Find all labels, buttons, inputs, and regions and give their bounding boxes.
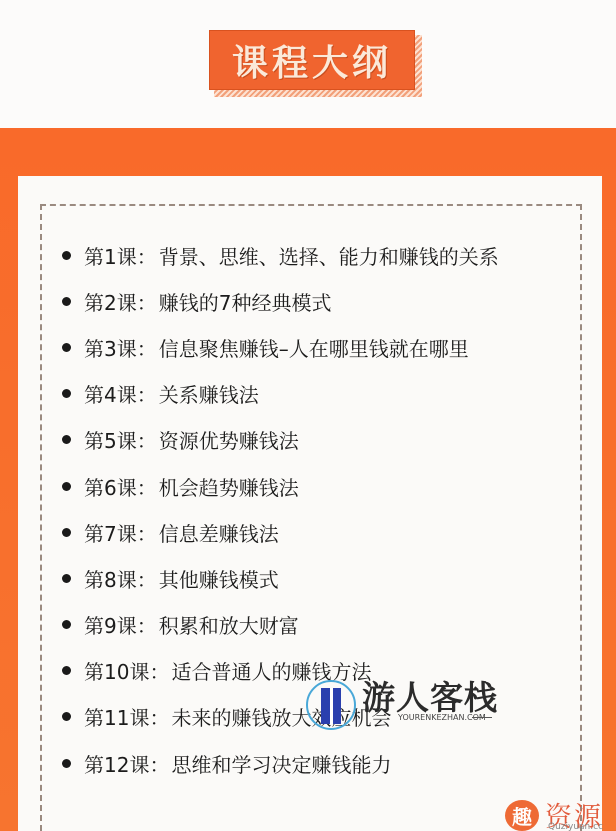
lesson-number: 第9课：: [84, 610, 157, 639]
lesson-title: 积累和放大财富: [159, 610, 299, 639]
lesson-title: 信息聚焦赚钱–人在哪里钱就在哪里: [159, 333, 469, 362]
lesson-title: 思维和学习决定赚钱能力: [171, 749, 391, 778]
list-item: 第7课：信息差赚钱法: [58, 509, 499, 555]
lesson-number: 第1课：: [84, 241, 157, 270]
bullet-icon: [62, 251, 71, 260]
secondary-watermark-icon: 趣: [505, 800, 539, 831]
lesson-number: 第5课：: [84, 425, 157, 454]
bullet-icon: [62, 297, 71, 306]
list-item: 第9课：积累和放大财富: [58, 602, 499, 648]
lesson-title: 背景、思维、选择、能力和赚钱的关系: [159, 241, 499, 270]
bullet-icon: [62, 759, 71, 768]
list-item: 第6课：机会趋势赚钱法: [58, 463, 499, 509]
list-item: 第8课：其他赚钱模式: [58, 555, 499, 601]
lesson-number: 第6课：: [84, 472, 157, 501]
lesson-title: 机会趋势赚钱法: [159, 472, 299, 501]
bullet-icon: [62, 343, 71, 352]
bullet-icon: [62, 712, 71, 721]
lesson-number: 第11课：: [84, 702, 169, 731]
bullet-icon: [62, 528, 71, 537]
bullet-icon: [62, 435, 71, 444]
secondary-watermark-url: Quziyuan.cc: [548, 822, 603, 831]
lesson-number: 第3课：: [84, 333, 157, 362]
watermark-logo-icon: [306, 680, 356, 730]
watermark-divider: [472, 717, 492, 718]
lesson-number: 第7课：: [84, 518, 157, 547]
bullet-icon: [62, 666, 71, 675]
list-item: 第1课：背景、思维、选择、能力和赚钱的关系: [58, 232, 499, 278]
bullet-icon: [62, 620, 71, 629]
list-item: 第3课：信息聚焦赚钱–人在哪里钱就在哪里: [58, 324, 499, 370]
lesson-number: 第10课：: [84, 656, 169, 685]
lesson-number: 第12课：: [84, 749, 169, 778]
lesson-title: 赚钱的7种经典模式: [159, 287, 332, 316]
list-item: 第5课：资源优势赚钱法: [58, 417, 499, 463]
lesson-title: 资源优势赚钱法: [159, 425, 299, 454]
list-item: 第2课：赚钱的7种经典模式: [58, 278, 499, 324]
bullet-icon: [62, 574, 71, 583]
lesson-title: 关系赚钱法: [159, 379, 259, 408]
bullet-icon: [62, 482, 71, 491]
list-item: 第4课：关系赚钱法: [58, 371, 499, 417]
lesson-title: 信息差赚钱法: [159, 518, 279, 547]
bullet-icon: [62, 389, 71, 398]
lesson-title: 适合普通人的赚钱方法: [171, 656, 371, 685]
watermark-text: 游人客栈: [362, 672, 498, 719]
list-item: 第12课：思维和学习决定赚钱能力: [58, 740, 499, 786]
page-title: 课程大纲: [232, 35, 392, 86]
lesson-title: 未来的赚钱放大效应机会: [171, 702, 391, 731]
lesson-number: 第4课：: [84, 379, 157, 408]
lesson-number: 第2课：: [84, 287, 157, 316]
lesson-number: 第8课：: [84, 564, 157, 593]
title-badge: 课程大纲: [209, 30, 415, 90]
lesson-title: 其他赚钱模式: [159, 564, 279, 593]
